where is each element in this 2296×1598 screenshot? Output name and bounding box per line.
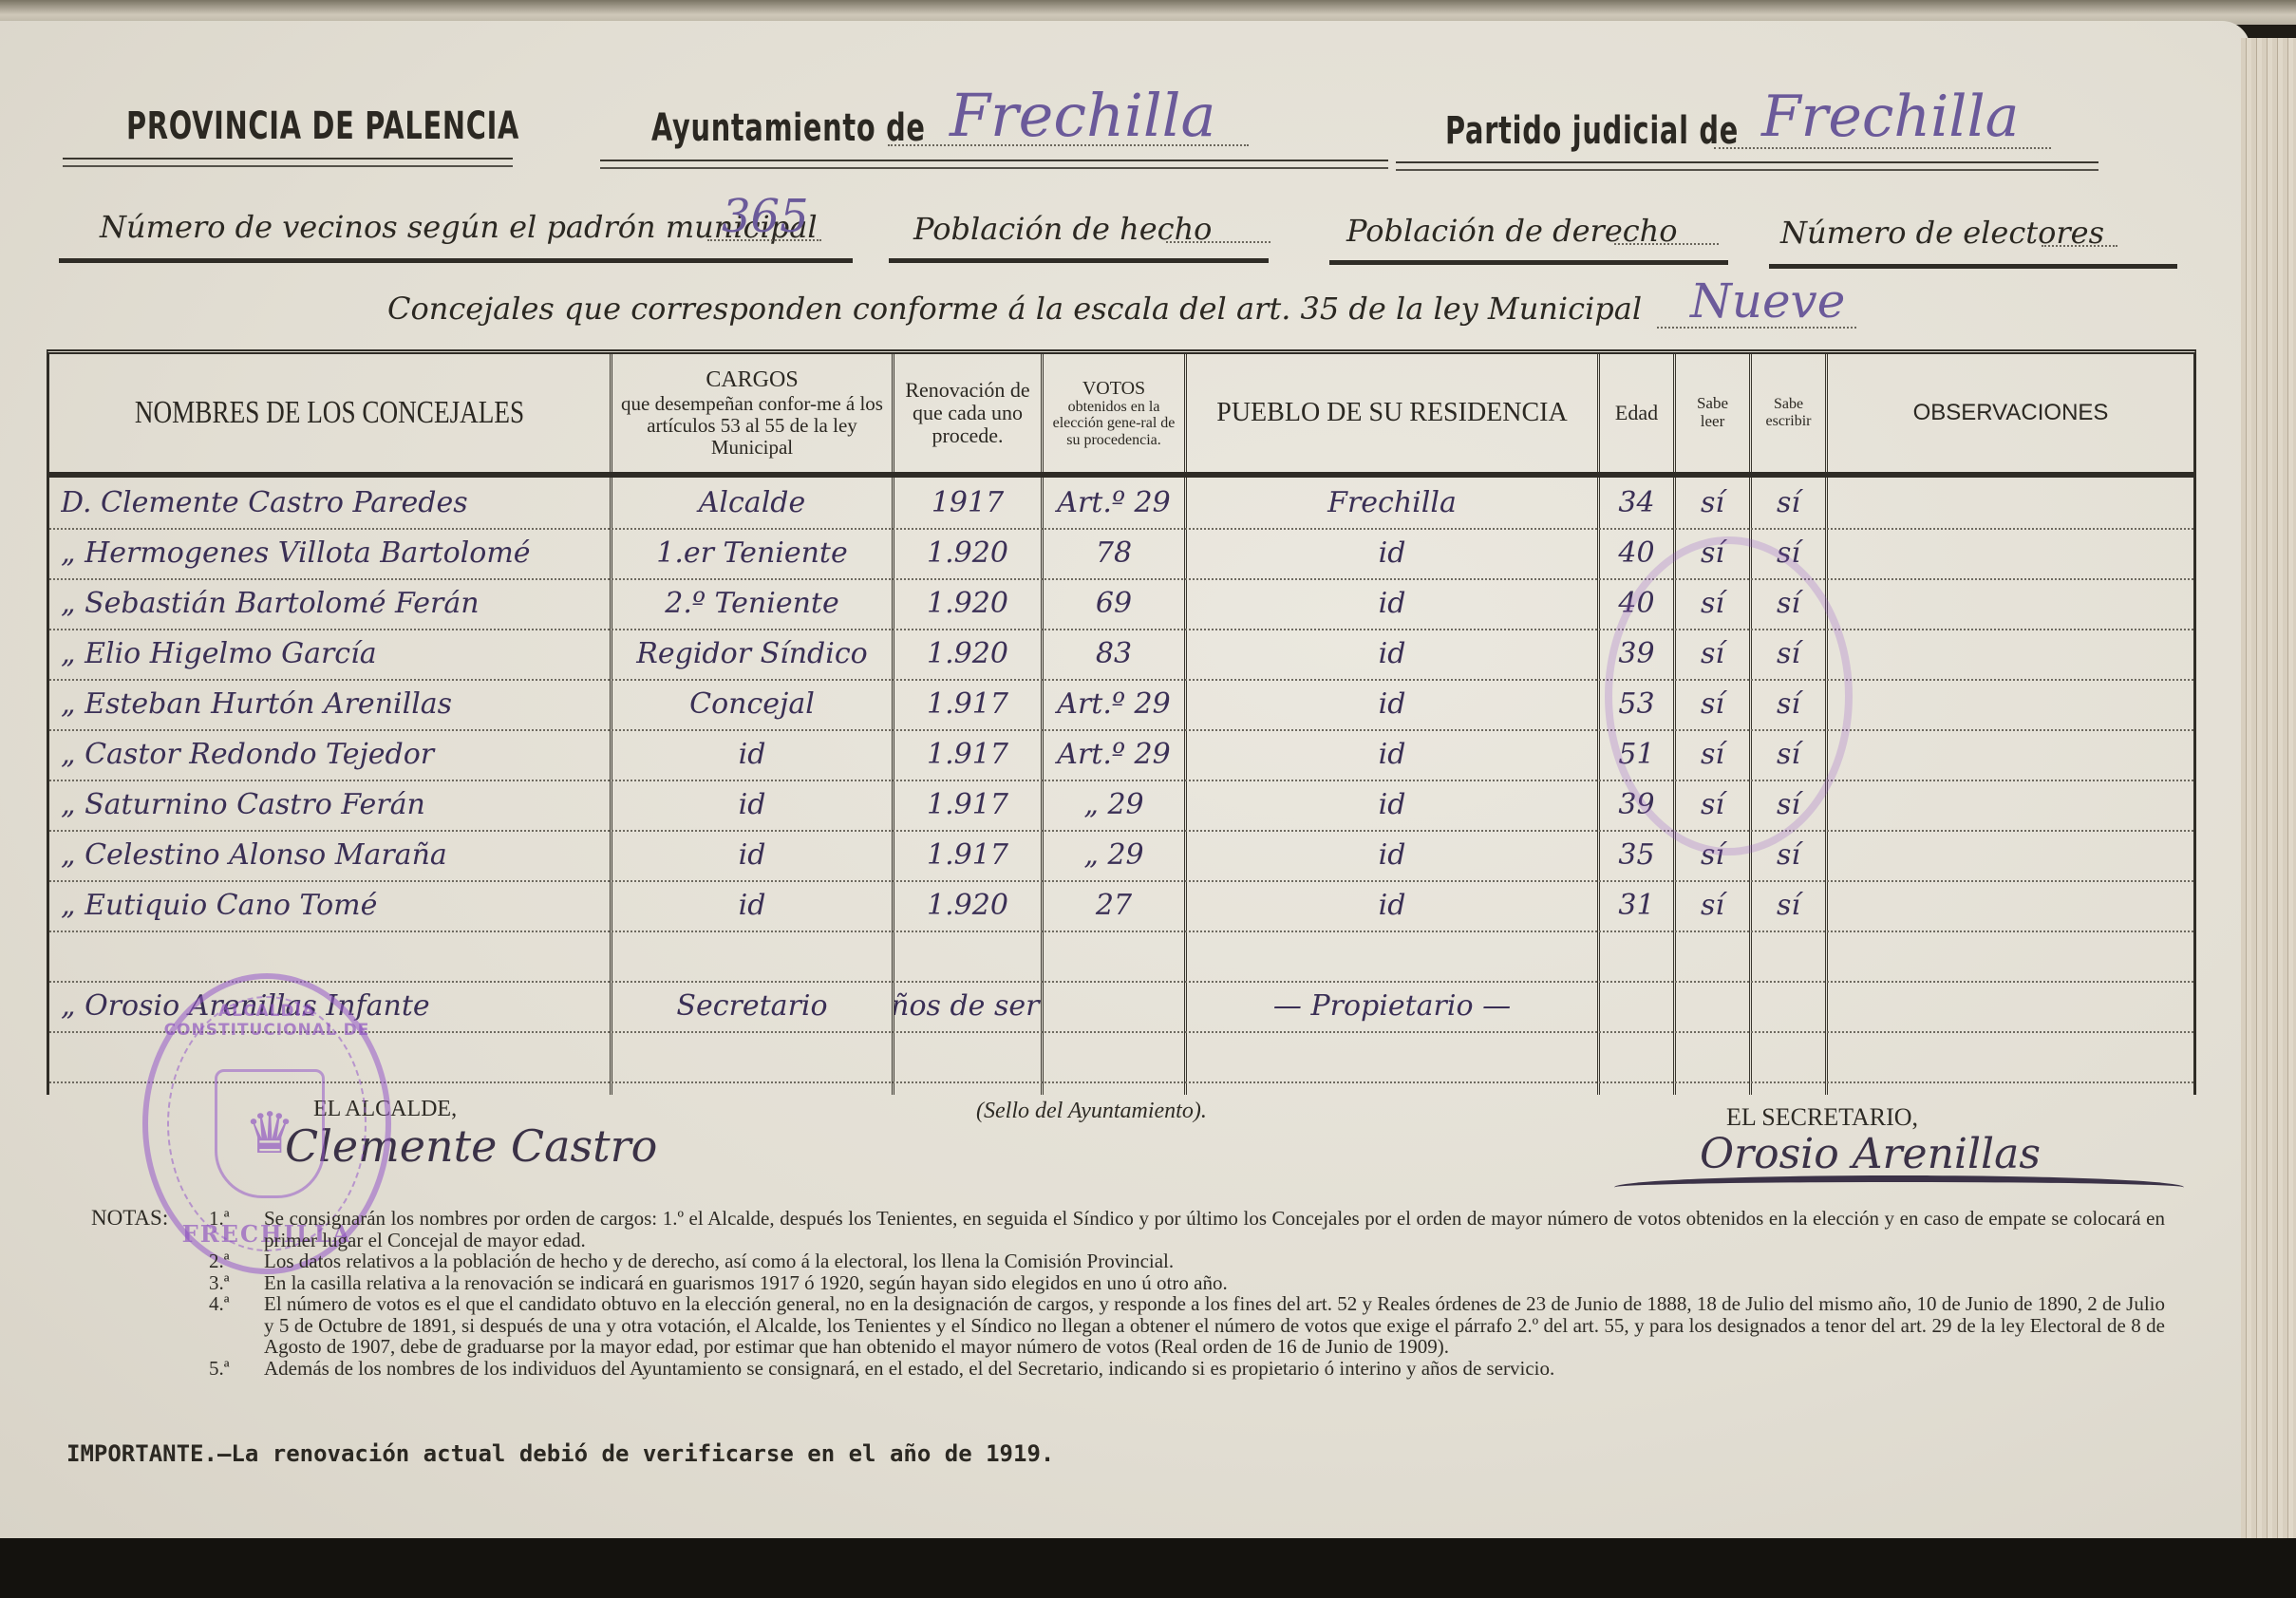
province-title: PROVINCIA DE PALENCIA xyxy=(126,104,519,148)
cell-cargo: Regidor Síndico xyxy=(612,629,892,679)
cell-nombre: „ Esteban Hurtón Arenillas xyxy=(61,679,607,729)
table-row: „ Celestino Alonso Maraña id 1.917 „ 29 … xyxy=(49,830,2193,882)
cell-observaciones xyxy=(1828,931,2193,981)
cell-nombre: „ Elio Higelmo García xyxy=(61,629,607,679)
sello-label: (Sello del Ayuntamiento). xyxy=(976,1099,1207,1124)
cell-renovacion: 1.920 xyxy=(894,880,1041,931)
note-number: 1.ª xyxy=(209,1208,230,1230)
header-pueblo: PUEBLO DE SU RESIDENCIA xyxy=(1187,354,1597,472)
cell-pueblo: id xyxy=(1187,528,1597,578)
cell-votos: „ 29 xyxy=(1044,780,1184,830)
note-item: 1.ª Se consignarán los nombres por orden… xyxy=(209,1208,2165,1250)
table-row: „ Hermogenes Villota Bartolomé 1.er Teni… xyxy=(49,528,2193,580)
cell-cargo: id xyxy=(612,830,892,880)
note-number: 2.ª xyxy=(209,1250,230,1272)
cell-edad: 34 xyxy=(1600,478,1673,528)
cell-leer xyxy=(1676,981,1749,1031)
cell-observaciones xyxy=(1828,578,2193,629)
cell-edad: 35 xyxy=(1600,830,1673,880)
note-text: Los datos relativos a la población de he… xyxy=(264,1250,1174,1272)
notes-list: 1.ª Se consignarán los nombres por orden… xyxy=(209,1208,2165,1379)
cell-leer: sí xyxy=(1676,478,1749,528)
cell-votos: 83 xyxy=(1044,629,1184,679)
population-rule xyxy=(889,258,1269,263)
header-cargos: CARGOS que desempeñan confor-me á los ar… xyxy=(612,354,892,472)
cell-edad xyxy=(1600,1031,1673,1081)
cell-pueblo: id xyxy=(1187,578,1597,629)
note-item: 4.ª El número de votos es el que el cand… xyxy=(209,1293,2165,1358)
cell-escribir: sí xyxy=(1752,880,1825,931)
cell-nombre: „ Celestino Alonso Maraña xyxy=(61,830,607,880)
book-page-edges xyxy=(2241,38,2296,1548)
partido-label: Partido judicial de xyxy=(1445,109,1739,153)
note-number: 3.ª xyxy=(209,1272,230,1294)
cell-edad xyxy=(1600,981,1673,1031)
cell-renovacion: 1.917 xyxy=(894,830,1041,880)
cell-renovacion: 1.920 xyxy=(894,528,1041,578)
header-sabe-escribir: Sabe escribir xyxy=(1752,354,1825,472)
note-item: 2.ª Los datos relativos a la población d… xyxy=(209,1250,2165,1272)
cell-votos xyxy=(1044,981,1184,1031)
cell-escribir xyxy=(1752,981,1825,1031)
note-item: 3.ª En la casilla relativa a la renovaci… xyxy=(209,1272,2165,1294)
cell-cargo: Secretario xyxy=(612,981,892,1031)
table-row: „ Esteban Hurtón Arenillas Concejal 1.91… xyxy=(49,679,2193,731)
cell-observaciones xyxy=(1828,780,2193,830)
cell-votos xyxy=(1044,1031,1184,1081)
cell-votos: „ 29 xyxy=(1044,830,1184,880)
cell-renovacion: 1.917 xyxy=(894,729,1041,780)
table-row: „ Castor Redondo Tejedor id 1.917 Art.º … xyxy=(49,729,2193,781)
cell-renovacion xyxy=(894,931,1041,981)
table-row: „ Sebastián Bartolomé Ferán 2.º Teniente… xyxy=(49,578,2193,630)
stamp-text-top: ALCALDÍA CONSTITUCIONAL DE xyxy=(148,1002,386,1040)
cell-escribir xyxy=(1752,931,1825,981)
cell-renovacion: 1.920 xyxy=(894,629,1041,679)
table-row: D. Clemente Castro Paredes Alcalde 1917 … xyxy=(49,478,2193,530)
cell-pueblo: id xyxy=(1187,729,1597,780)
header-nombres: NOMBRES DE LOS CONCEJALES xyxy=(105,354,554,472)
vecinos-value: 365 xyxy=(722,190,809,243)
cell-edad xyxy=(1600,931,1673,981)
cell-nombre xyxy=(61,931,607,981)
cell-nombre: „ Castor Redondo Tejedor xyxy=(61,729,607,780)
cell-cargo: id xyxy=(612,880,892,931)
cell-observaciones xyxy=(1828,880,2193,931)
header-renovacion: Renovación de que cada uno procede. xyxy=(894,354,1041,472)
table-row xyxy=(49,931,2193,983)
cell-renovacion xyxy=(894,1031,1041,1081)
cell-observaciones xyxy=(1828,679,2193,729)
cell-cargo xyxy=(612,1031,892,1081)
cell-renovacion: 1917 xyxy=(894,478,1041,528)
cell-pueblo: id xyxy=(1187,830,1597,880)
cell-votos: 78 xyxy=(1044,528,1184,578)
header-rule xyxy=(63,158,513,167)
concejales-value: Nueve xyxy=(1690,273,1845,329)
cell-leer: sí xyxy=(1676,880,1749,931)
cell-nombre: „ Eutiquio Cano Tomé xyxy=(61,880,607,931)
cell-votos xyxy=(1044,931,1184,981)
cell-cargo: 2.º Teniente xyxy=(612,578,892,629)
header-votos: VOTOS obtenidos en la elección gene-ral … xyxy=(1044,354,1184,472)
cell-pueblo: id xyxy=(1187,629,1597,679)
partido-value: Frechilla xyxy=(1761,84,2019,150)
header-observaciones: OBSERVACIONES xyxy=(1828,354,2193,472)
population-rule xyxy=(59,258,853,263)
cell-pueblo: — Propietario — xyxy=(1187,981,1597,1031)
note-text: En la casilla relativa a la renovación s… xyxy=(264,1271,1228,1294)
cell-pueblo: id xyxy=(1187,679,1597,729)
cell-votos: Art.º 29 xyxy=(1044,478,1184,528)
cell-leer xyxy=(1676,1031,1749,1081)
cell-cargo: 1.er Teniente xyxy=(612,528,892,578)
vecinos-dots xyxy=(707,239,821,241)
secretario-label: EL SECRETARIO, xyxy=(1726,1103,1918,1132)
header-rule xyxy=(1396,161,2098,171)
cell-renovacion: 1.917 xyxy=(894,679,1041,729)
cell-observaciones xyxy=(1828,528,2193,578)
header-cargos-title: CARGOS xyxy=(706,367,798,392)
cell-cargo: Alcalde xyxy=(612,478,892,528)
note-item: 5.ª Además de los nombres de los individ… xyxy=(209,1358,2165,1380)
cell-observaciones xyxy=(1828,478,2193,528)
header-votos-sub: obtenidos en la elección gene-ral de su … xyxy=(1044,399,1184,449)
note-text: Además de los nombres de los individuos … xyxy=(264,1357,1554,1380)
population-rule xyxy=(1769,264,2177,269)
header-cargos-sub: que desempeñan confor-me á los artículos… xyxy=(612,393,892,459)
cell-escribir: sí xyxy=(1752,478,1825,528)
note-text: El número de votos es el que el candidat… xyxy=(264,1292,2165,1358)
cell-nombre: „ Hermogenes Villota Bartolomé xyxy=(61,528,607,578)
cell-escribir xyxy=(1752,1031,1825,1081)
stamp-faint-icon xyxy=(1605,536,1853,855)
cell-cargo xyxy=(612,931,892,981)
cell-observaciones xyxy=(1828,830,2193,880)
concejales-table: NOMBRES DE LOS CONCEJALES CARGOS que des… xyxy=(47,349,2196,1095)
cell-pueblo xyxy=(1187,1031,1597,1081)
note-text: Se consignarán los nombres por orden de … xyxy=(264,1207,2165,1251)
cell-pueblo: id xyxy=(1187,780,1597,830)
cell-leer xyxy=(1676,931,1749,981)
cell-nombre: „ Sebastián Bartolomé Ferán xyxy=(61,578,607,629)
cell-renovacion: 1.920 xyxy=(894,578,1041,629)
note-number: 5.ª xyxy=(209,1358,230,1380)
book-bottom-shadow xyxy=(0,1538,2296,1598)
header-edad: Edad xyxy=(1600,354,1673,472)
cell-cargo: id xyxy=(612,780,892,830)
electores-value-dots xyxy=(2042,245,2117,247)
cell-observaciones xyxy=(1828,981,2193,1031)
header-sabe-leer: Sabe leer xyxy=(1676,354,1749,472)
cell-renovacion: 32 años de servicio xyxy=(894,981,1041,1031)
cell-votos: Art.º 29 xyxy=(1044,729,1184,780)
cell-votos: 69 xyxy=(1044,578,1184,629)
table-row: „ Elio Higelmo García Regidor Síndico 1.… xyxy=(49,629,2193,681)
header-votos-title: VOTOS xyxy=(1082,378,1145,399)
cell-votos: Art.º 29 xyxy=(1044,679,1184,729)
population-rule xyxy=(1329,260,1728,265)
cell-nombre: „ Saturnino Castro Ferán xyxy=(61,780,607,830)
cell-cargo: Concejal xyxy=(612,679,892,729)
cell-pueblo: Frechilla xyxy=(1187,478,1597,528)
cell-nombre: D. Clemente Castro Paredes xyxy=(61,478,607,528)
ayuntamiento-label: Ayuntamiento de xyxy=(651,106,926,150)
concejales-label: Concejales que corresponden conforme á l… xyxy=(387,291,1642,327)
cell-votos: 27 xyxy=(1044,880,1184,931)
signature-flourish xyxy=(1614,1175,2184,1199)
cell-pueblo: id xyxy=(1187,880,1597,931)
table-row: „ Saturnino Castro Ferán id 1.917 „ 29 i… xyxy=(49,780,2193,832)
cell-renovacion: 1.917 xyxy=(894,780,1041,830)
table-row: „ Eutiquio Cano Tomé id 1.920 27 id 31 s… xyxy=(49,880,2193,932)
cell-edad: 31 xyxy=(1600,880,1673,931)
note-number: 4.ª xyxy=(209,1293,230,1315)
header-rule xyxy=(600,160,1388,169)
derecho-value-dots xyxy=(1614,243,1719,245)
coat-of-arms-icon: ♛ xyxy=(215,1069,325,1198)
ayuntamiento-value: Frechilla xyxy=(950,81,1215,150)
hecho-value-dots xyxy=(1166,241,1270,243)
cell-observaciones xyxy=(1828,729,2193,780)
cell-observaciones xyxy=(1828,1031,2193,1081)
cell-observaciones xyxy=(1828,629,2193,679)
notes-label: NOTAS: xyxy=(91,1208,168,1230)
important-note: IMPORTANTE.—La renovación actual debió d… xyxy=(66,1443,1054,1465)
cell-cargo: id xyxy=(612,729,892,780)
cell-pueblo xyxy=(1187,931,1597,981)
secretario-signature: Orosio Arenillas xyxy=(1700,1130,2041,1178)
